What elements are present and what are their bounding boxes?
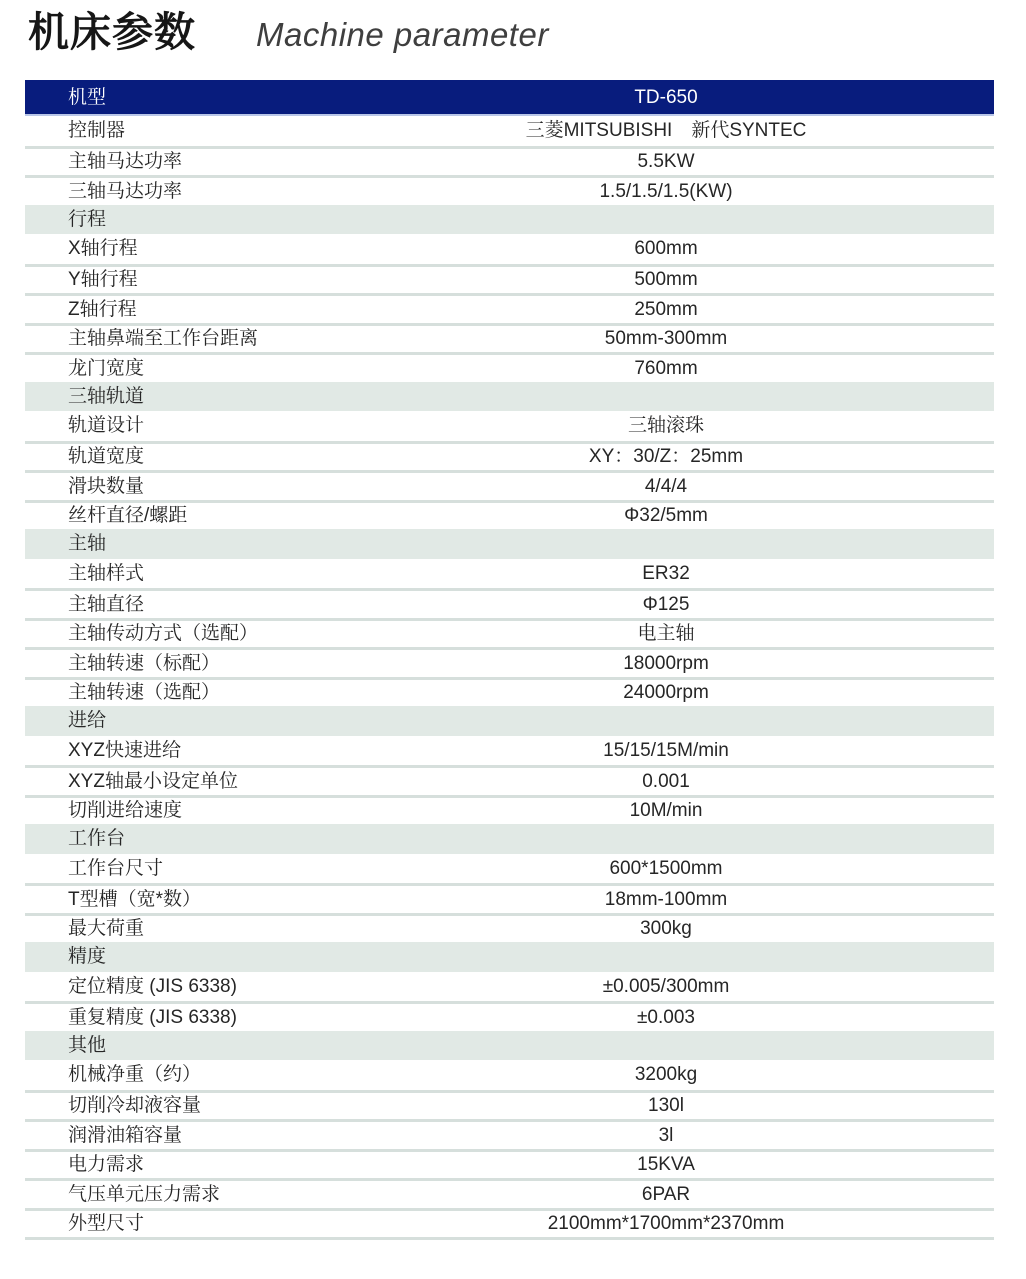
spec-row: 主轴转速（选配）24000rpm bbox=[25, 677, 994, 707]
spec-value: 3l bbox=[338, 1126, 994, 1145]
spec-value: XY：30/Z：25mm bbox=[338, 447, 994, 466]
spec-row: 主轴传动方式（选配）电主轴 bbox=[25, 618, 994, 648]
spec-value: 250mm bbox=[338, 300, 994, 319]
spec-label: 电力需求 bbox=[25, 1155, 338, 1174]
section-title: 其他 bbox=[25, 1036, 338, 1055]
spec-label: 最大荷重 bbox=[25, 919, 338, 938]
spec-label: 主轴鼻端至工作台距离 bbox=[25, 329, 338, 348]
section-header-row: 主轴 bbox=[25, 529, 994, 559]
spec-row: 龙门宽度760mm bbox=[25, 352, 994, 382]
spec-row: 丝杆直径/螺距Φ32/5mm bbox=[25, 500, 994, 530]
spec-value: ER32 bbox=[338, 564, 994, 583]
section-title: 主轴 bbox=[25, 534, 338, 553]
spec-row: 电力需求15KVA bbox=[25, 1149, 994, 1179]
spec-label: 切削冷却液容量 bbox=[25, 1096, 338, 1115]
spec-label: 切削进给速度 bbox=[25, 801, 338, 820]
section-header-row: 精度 bbox=[25, 942, 994, 972]
spec-row: 滑块数量4/4/4 bbox=[25, 470, 994, 500]
spec-label: T型槽（宽*数） bbox=[25, 890, 338, 909]
spec-row: 轨道宽度XY：30/Z：25mm bbox=[25, 441, 994, 471]
spec-value: 15/15/15M/min bbox=[338, 741, 994, 760]
spec-value: 50mm-300mm bbox=[338, 329, 994, 348]
spec-value: 760mm bbox=[338, 359, 994, 378]
spec-value: 130l bbox=[338, 1096, 994, 1115]
spec-value: 1.5/1.5/1.5(KW) bbox=[338, 182, 994, 201]
spec-label: 轨道宽度 bbox=[25, 447, 338, 466]
section-header-row: 其他 bbox=[25, 1031, 994, 1061]
spec-label: 定位精度 (JIS 6338) bbox=[25, 977, 338, 996]
spec-value: Φ125 bbox=[338, 595, 994, 614]
section-header-row: 进给 bbox=[25, 706, 994, 736]
spec-label: 龙门宽度 bbox=[25, 359, 338, 378]
spec-row: X轴行程600mm bbox=[25, 234, 994, 264]
spec-row: T型槽（宽*数）18mm-100mm bbox=[25, 883, 994, 913]
spec-value: ±0.005/300mm bbox=[338, 977, 994, 996]
spec-row: 气压单元压力需求6PAR bbox=[25, 1178, 994, 1208]
spec-row: Y轴行程500mm bbox=[25, 264, 994, 294]
spec-row: 重复精度 (JIS 6338)±0.003 bbox=[25, 1001, 994, 1031]
spec-label: 主轴样式 bbox=[25, 564, 338, 583]
spec-label: 气压单元压力需求 bbox=[25, 1185, 338, 1204]
machine-parameter-page: 机床参数 Machine parameter 机型 TD-650 控制器三菱MI… bbox=[0, 0, 1026, 1279]
spec-label: Y轴行程 bbox=[25, 270, 338, 289]
spec-row: 外型尺寸2100mm*1700mm*2370mm bbox=[25, 1208, 994, 1238]
spec-row: 控制器三菱MITSUBISHI 新代SYNTEC bbox=[25, 116, 994, 146]
page-title-zh: 机床参数 bbox=[28, 8, 196, 57]
spec-row: 轨道设计三轴滚珠 bbox=[25, 411, 994, 441]
spec-value: 5.5KW bbox=[338, 152, 994, 171]
spec-row: 主轴转速（标配）18000rpm bbox=[25, 647, 994, 677]
spec-value: 4/4/4 bbox=[338, 477, 994, 496]
spec-label: 三轴马达功率 bbox=[25, 182, 338, 201]
spec-value: 2100mm*1700mm*2370mm bbox=[338, 1214, 994, 1233]
section-title: 三轴轨道 bbox=[25, 387, 338, 406]
section-title: 工作台 bbox=[25, 829, 338, 848]
spec-value: 3200kg bbox=[338, 1065, 994, 1084]
spec-value: 600mm bbox=[338, 239, 994, 258]
spec-value: 15KVA bbox=[338, 1155, 994, 1174]
section-title: 精度 bbox=[25, 947, 338, 966]
spec-row: 主轴鼻端至工作台距离50mm-300mm bbox=[25, 323, 994, 353]
spec-row: 三轴马达功率1.5/1.5/1.5(KW) bbox=[25, 175, 994, 205]
spec-row: 切削冷却液容量130l bbox=[25, 1090, 994, 1120]
spec-label: X轴行程 bbox=[25, 239, 338, 258]
spec-label: 机械净重（约） bbox=[25, 1065, 338, 1084]
spec-row: XYZ快速进给15/15/15M/min bbox=[25, 736, 994, 766]
spec-row: 润滑油箱容量3l bbox=[25, 1119, 994, 1149]
page-title-en: Machine parameter bbox=[256, 16, 549, 54]
spec-row: 工作台尺寸600*1500mm bbox=[25, 854, 994, 884]
spec-value: 6PAR bbox=[338, 1185, 994, 1204]
table-bottom-divider bbox=[25, 1237, 994, 1240]
spec-table: 机型 TD-650 控制器三菱MITSUBISHI 新代SYNTEC主轴马达功率… bbox=[25, 80, 994, 1240]
spec-label: 主轴传动方式（选配） bbox=[25, 624, 338, 643]
spec-label: XYZ轴最小设定单位 bbox=[25, 772, 338, 791]
spec-row: Z轴行程250mm bbox=[25, 293, 994, 323]
spec-label: Z轴行程 bbox=[25, 300, 338, 319]
spec-value: ±0.003 bbox=[338, 1008, 994, 1027]
spec-value: 18000rpm bbox=[338, 654, 994, 673]
spec-value: 600*1500mm bbox=[338, 859, 994, 878]
section-header-row: 三轴轨道 bbox=[25, 382, 994, 412]
spec-row: 机械净重（约）3200kg bbox=[25, 1060, 994, 1090]
spec-label: 轨道设计 bbox=[25, 416, 338, 435]
spec-row: 定位精度 (JIS 6338)±0.005/300mm bbox=[25, 972, 994, 1002]
spec-value: 三菱MITSUBISHI 新代SYNTEC bbox=[338, 121, 994, 140]
spec-label: 主轴转速（选配） bbox=[25, 683, 338, 702]
page-header: 机床参数 Machine parameter bbox=[28, 8, 549, 57]
table-body: 控制器三菱MITSUBISHI 新代SYNTEC主轴马达功率5.5KW三轴马达功… bbox=[25, 116, 994, 1237]
spec-label: 主轴马达功率 bbox=[25, 152, 338, 171]
spec-label: XYZ快速进给 bbox=[25, 741, 338, 760]
spec-label: 丝杆直径/螺距 bbox=[25, 506, 338, 525]
table-header-model-value: TD-650 bbox=[338, 88, 994, 107]
section-header-row: 行程 bbox=[25, 205, 994, 235]
spec-row: 最大荷重300kg bbox=[25, 913, 994, 943]
spec-value: Φ32/5mm bbox=[338, 506, 994, 525]
spec-label: 重复精度 (JIS 6338) bbox=[25, 1008, 338, 1027]
spec-row: 主轴样式ER32 bbox=[25, 559, 994, 589]
spec-label: 工作台尺寸 bbox=[25, 859, 338, 878]
spec-value: 电主轴 bbox=[338, 624, 994, 643]
spec-label: 滑块数量 bbox=[25, 477, 338, 496]
spec-value: 24000rpm bbox=[338, 683, 994, 702]
spec-value: 0.001 bbox=[338, 772, 994, 791]
spec-value: 18mm-100mm bbox=[338, 890, 994, 909]
section-title: 进给 bbox=[25, 711, 338, 730]
table-header-model-label: 机型 bbox=[25, 88, 338, 107]
spec-value: 500mm bbox=[338, 270, 994, 289]
spec-label: 主轴直径 bbox=[25, 595, 338, 614]
section-title: 行程 bbox=[25, 210, 338, 229]
spec-label: 外型尺寸 bbox=[25, 1214, 338, 1233]
spec-label: 主轴转速（标配） bbox=[25, 654, 338, 673]
spec-value: 10M/min bbox=[338, 801, 994, 820]
spec-label: 控制器 bbox=[25, 121, 338, 140]
spec-row: 主轴马达功率5.5KW bbox=[25, 146, 994, 176]
spec-row: XYZ轴最小设定单位0.001 bbox=[25, 765, 994, 795]
table-header-row: 机型 TD-650 bbox=[25, 80, 994, 116]
section-header-row: 工作台 bbox=[25, 824, 994, 854]
spec-row: 主轴直径Φ125 bbox=[25, 588, 994, 618]
spec-label: 润滑油箱容量 bbox=[25, 1126, 338, 1145]
spec-value: 三轴滚珠 bbox=[338, 416, 994, 435]
spec-value: 300kg bbox=[338, 919, 994, 938]
spec-row: 切削进给速度10M/min bbox=[25, 795, 994, 825]
